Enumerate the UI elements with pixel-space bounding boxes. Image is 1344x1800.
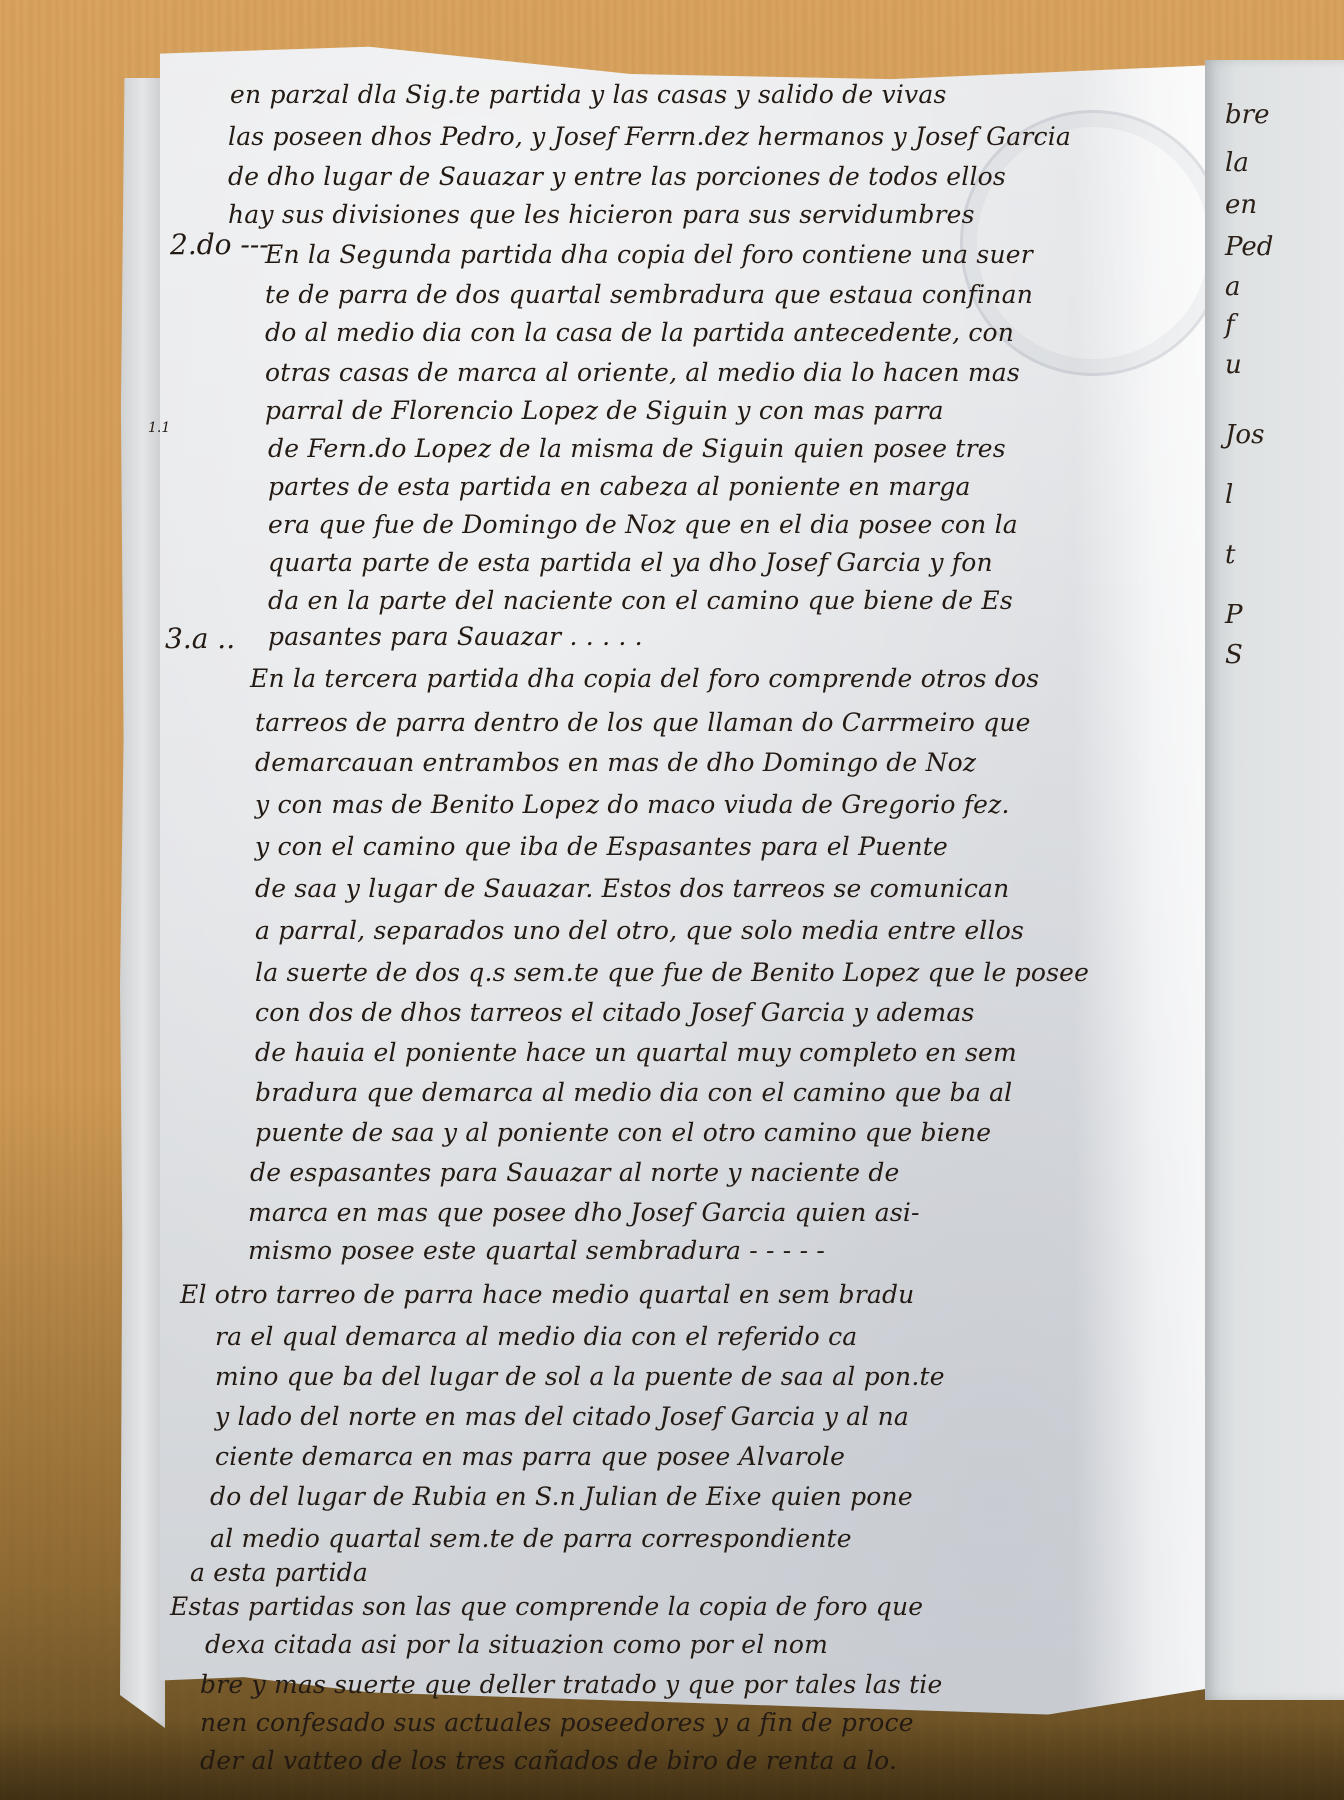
manuscript-line: de espasantes para Sauazar al norte y na… (250, 1158, 900, 1187)
torn-paper-edge (120, 78, 165, 1728)
manuscript-line: en parzal dla Sig.te partida y las casas… (230, 80, 946, 109)
manuscript-line: otras casas de marca al oriente, al medi… (265, 358, 1020, 387)
manuscript-line: hay sus divisiones que les hicieron para… (228, 200, 975, 229)
facing-page-fragment: f (1225, 310, 1235, 340)
manuscript-line: quarta parte de esta partida el ya dho J… (268, 548, 993, 577)
facing-page-fragment: la (1225, 148, 1249, 178)
margin-note-second: 2.do --- (170, 228, 269, 261)
manuscript-line: y lado del norte en mas del citado Josef… (215, 1402, 909, 1431)
manuscript-line: ciente demarca en mas parra que posee Al… (215, 1442, 845, 1471)
manuscript-line: parral de Florencio Lopez de Siguin y co… (265, 396, 944, 425)
manuscript-line: Estas partidas son las que comprende la … (170, 1592, 923, 1621)
manuscript-text: 2.do --- 3.a .. 1.1 en parzal dla Sig.te… (160, 40, 1205, 1740)
manuscript-line: al medio quartal sem.te de parra corresp… (210, 1524, 852, 1553)
manuscript-line: te de parra de dos quartal sembradura qu… (265, 280, 1033, 309)
manuscript-line: de dho lugar de Sauazar y entre las porc… (228, 162, 1006, 191)
manuscript-line: a parral, separados uno del otro, que so… (255, 916, 1024, 945)
manuscript-line: puente de saa y al poniente con el otro … (255, 1118, 991, 1147)
facing-page-fragment: Ped (1225, 232, 1273, 262)
facing-page-fragment: u (1225, 350, 1242, 380)
manuscript-line: dexa citada asi por la situazion como po… (205, 1630, 828, 1659)
manuscript-line: mismo posee este quartal sembradura - - … (248, 1236, 825, 1265)
manuscript-line: tarreos de parra dentro de los que llama… (255, 708, 1031, 737)
manuscript-line: a esta partida (190, 1558, 368, 1587)
manuscript-line: ra el qual demarca al medio dia con el r… (215, 1322, 857, 1351)
facing-page: bre la en Ped a f u Jos l t P S (1205, 60, 1344, 1700)
manuscript-line: marca en mas que posee dho Josef Garcia … (248, 1198, 920, 1227)
manuscript-line: En la Segunda partida dha copia del foro… (265, 240, 1033, 269)
manuscript-line: de saa y lugar de Sauazar. Estos dos tar… (255, 874, 1009, 903)
manuscript-line: era que fue de Domingo de Noz que en el … (268, 510, 1018, 539)
margin-note-small: 1.1 (148, 420, 170, 436)
manuscript-line: la suerte de dos q.s sem.te que fue de B… (255, 958, 1089, 987)
facing-page-fragment: a (1225, 272, 1241, 302)
manuscript-line: y con mas de Benito Lopez do maco viuda … (255, 790, 1010, 819)
manuscript-line: da en la parte del naciente con el camin… (268, 586, 1013, 615)
facing-page-fragment: l (1225, 480, 1233, 510)
manuscript-line: pasantes para Sauazar . . . . . (268, 622, 643, 651)
manuscript-line: demarcauan entrambos en mas de dho Domin… (255, 748, 976, 777)
manuscript-line: de Fern.do Lopez de la misma de Siguin q… (268, 434, 1006, 463)
facing-page-fragment: Jos (1225, 420, 1264, 450)
margin-note-third: 3.a .. (165, 622, 235, 655)
facing-page-fragment: bre (1225, 100, 1269, 130)
manuscript-line: mino que ba del lugar de sol a la puente… (215, 1362, 945, 1391)
manuscript-line: En la tercera partida dha copia del foro… (250, 664, 1039, 693)
bottom-shadow (0, 1720, 1344, 1800)
manuscript-line: bradura que demarca al medio dia con el … (255, 1078, 1012, 1107)
manuscript-line: con dos de dhos tarreos el citado Josef … (255, 998, 975, 1027)
facing-page-fragment: t (1225, 540, 1235, 570)
manuscript-line: do del lugar de Rubia en S.n Julian de E… (210, 1482, 913, 1511)
manuscript-line: partes de esta partida en cabeza al poni… (268, 472, 971, 501)
manuscript-line: y con el camino que iba de Espasantes pa… (255, 832, 948, 861)
manuscript-line: do al medio dia con la casa de la partid… (265, 318, 1014, 347)
manuscript-line: bre y mas suerte que deller tratado y qu… (200, 1670, 943, 1699)
facing-page-fragment: P (1225, 600, 1243, 630)
manuscript-line: las poseen dhos Pedro, y Josef Ferrn.dez… (228, 122, 1071, 151)
manuscript-line: de hauia el poniente hace un quartal muy… (255, 1038, 1017, 1067)
facing-page-fragment: S (1225, 640, 1243, 670)
facing-page-fragment: en (1225, 190, 1257, 220)
manuscript-line: El otro tarreo de parra hace medio quart… (180, 1280, 914, 1309)
